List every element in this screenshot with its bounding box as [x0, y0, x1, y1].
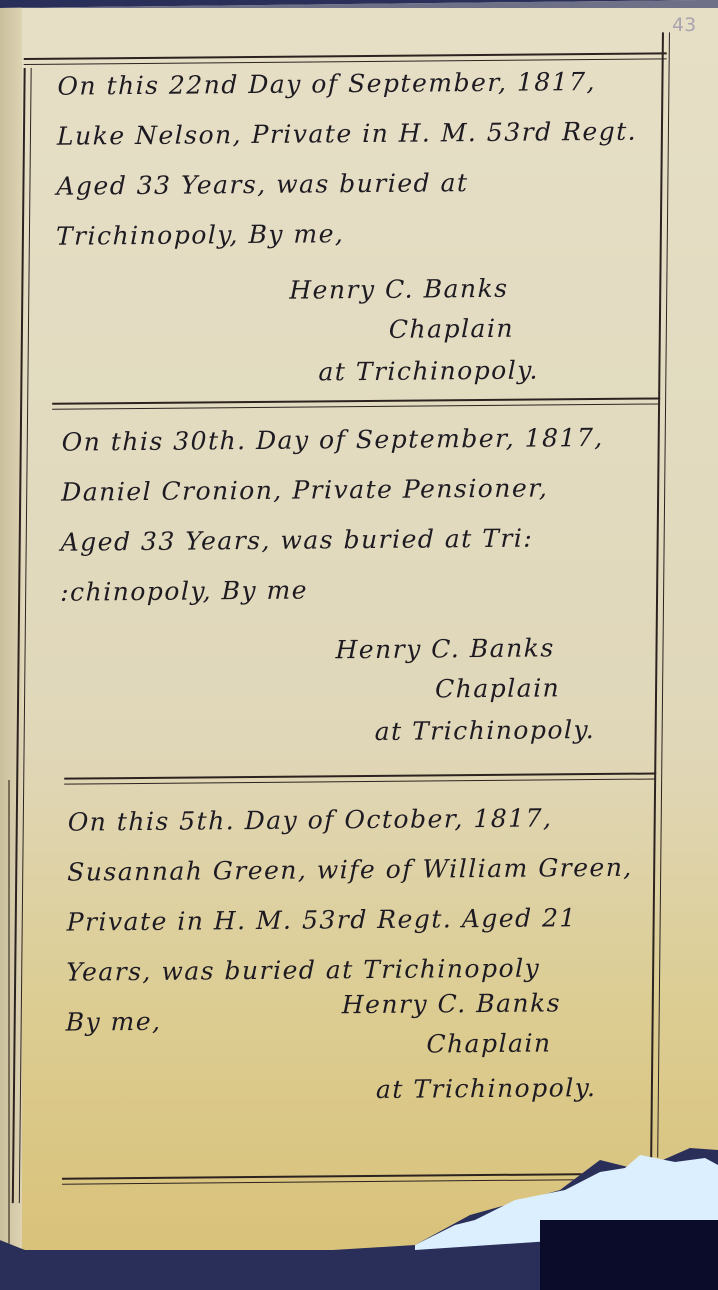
entry-1-line-3: Aged 33 Years, was buried at [56, 156, 666, 211]
entry-3-line-2: Susannah Green, wife of William Green, [67, 842, 677, 897]
entry-3-signature-title: Chaplain [426, 1028, 551, 1058]
entry-1-signature-title: Chaplain [389, 314, 514, 344]
entry-3-line-3: Private in H. M. 53rd Regt. Aged 21 [66, 892, 676, 947]
page-top-edge [0, 0, 718, 8]
entry-2-line-1: On this 30th. Day of September, 1817, [61, 412, 671, 467]
entry-3-line-1: On this 5th. Day of October, 1817, [68, 792, 678, 847]
register-page: 43 On this 22nd Day of September, 1817, … [0, 0, 718, 1250]
register-frame: On this 22nd Day of September, 1817, Luk… [10, 32, 716, 1203]
background-shadow [540, 1220, 718, 1290]
entry-2-signature-place: at Trichinopoly. [375, 715, 596, 746]
entry-divider-2 [64, 773, 656, 785]
entry-3-signature-place: at Trichinopoly. [376, 1073, 597, 1104]
entry-1-signature-name: Henry C. Banks [289, 274, 509, 305]
entry-3-signature-name: Henry C. Banks [342, 988, 562, 1019]
entry-1-line-2: Luke Nelson, Private in H. M. 53rd Regt. [57, 106, 667, 161]
entry-2-line-2: Daniel Cronion, Private Pensioner, [61, 462, 671, 517]
entry-divider-1 [52, 397, 660, 409]
entry-2-line-3: Aged 33 Years, was buried at Tri: [60, 512, 670, 567]
entry-1-line-4: Trichinopoly, By me, [56, 206, 666, 261]
burial-entry-2: On this 30th. Day of September, 1817, Da… [60, 412, 672, 617]
entry-1-line-1: On this 22nd Day of September, 1817, [57, 56, 667, 111]
entry-2-signature-name: Henry C. Banks [335, 633, 555, 664]
entry-2-line-4: :chinopoly, By me [60, 562, 670, 617]
burial-entry-1: On this 22nd Day of September, 1817, Luk… [56, 56, 668, 261]
entry-2-signature-title: Chaplain [435, 673, 560, 703]
entry-1-signature-place: at Trichinopoly. [318, 356, 539, 387]
frame-bottom-rule [62, 1173, 652, 1185]
